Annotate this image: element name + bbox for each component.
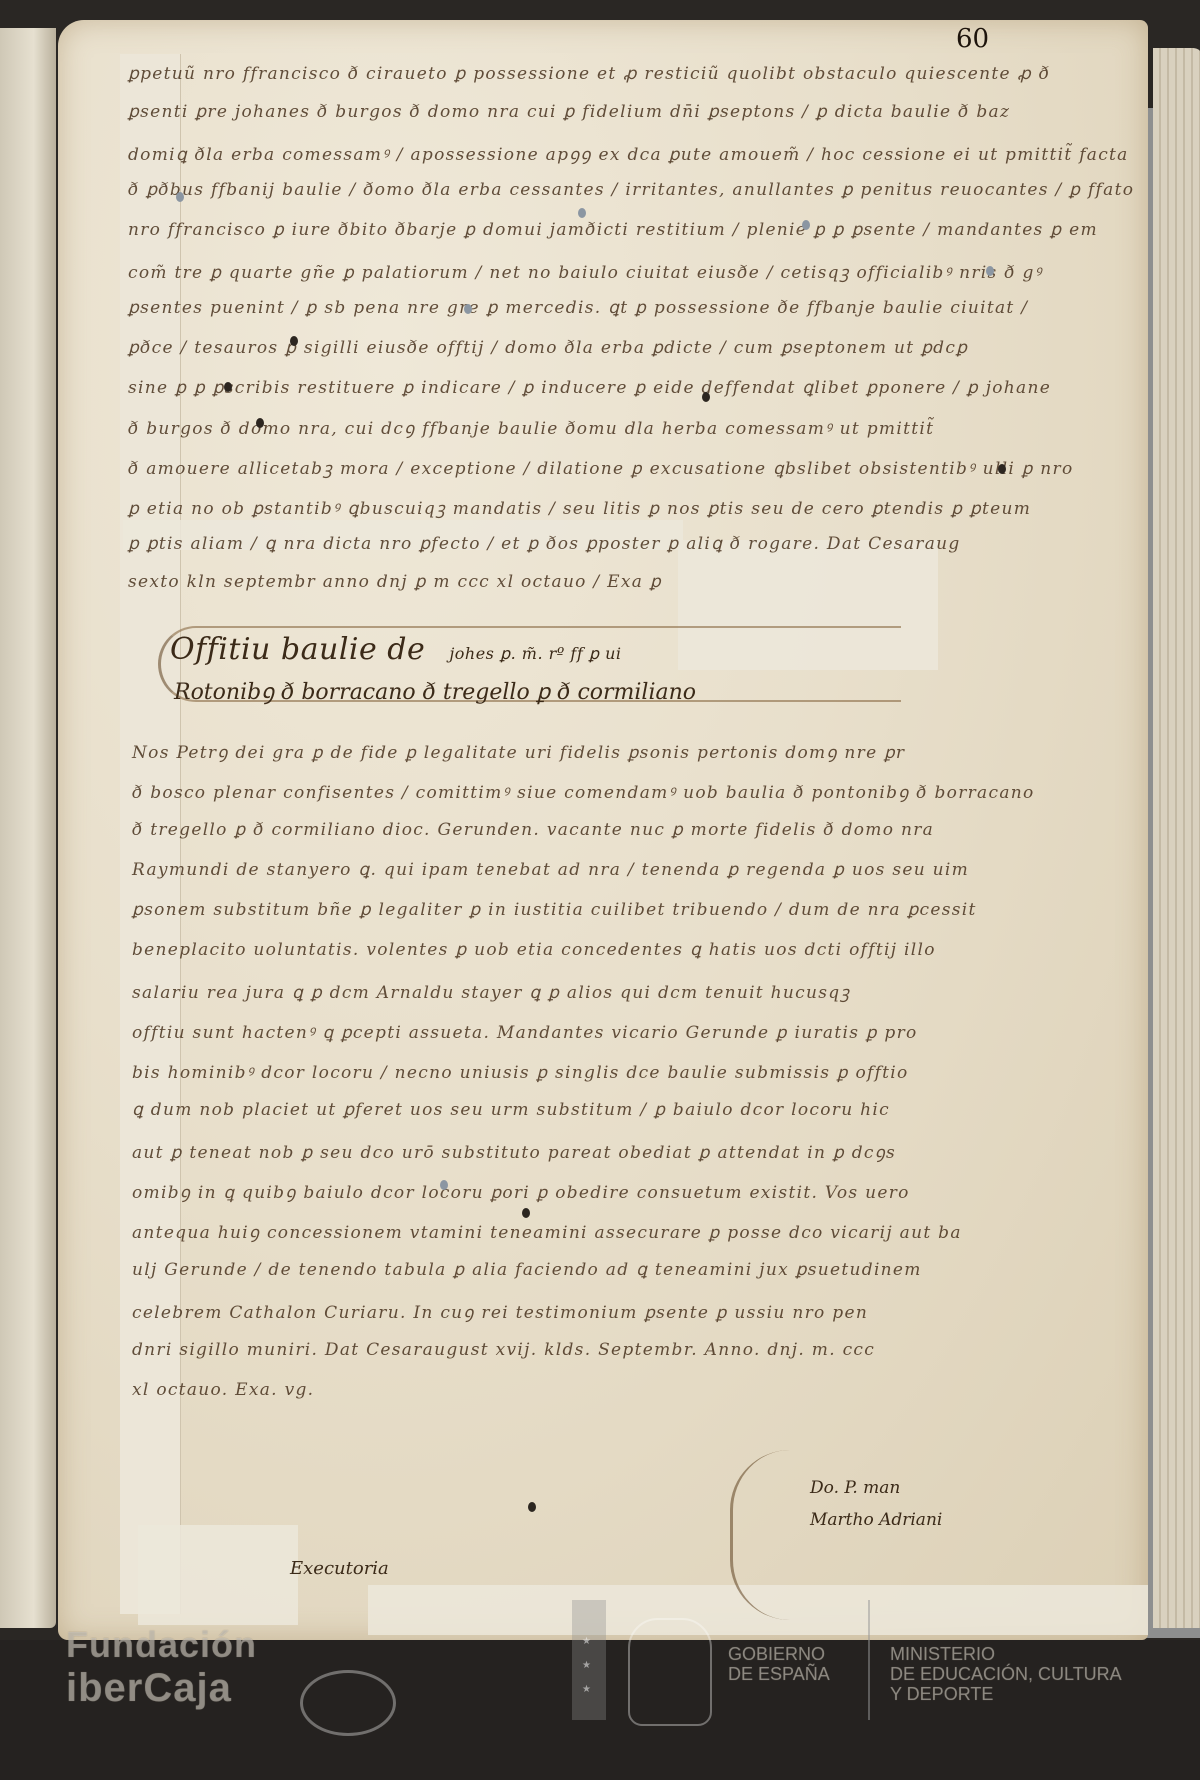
adjacent-page-edge	[0, 28, 56, 1628]
text-line: ð tregello ꝑ ð cormiliano dioc. Gerunden…	[132, 820, 934, 840]
text-line: com̃ tre ꝑ quarte gñe ꝑ palatiorum / net…	[128, 260, 1042, 283]
ministerio-text: MINISTERIO DE EDUCACIÓN, CULTURA Y DEPOR…	[890, 1644, 1122, 1704]
watermark-logos: Fundación iberCaja ★ ★ ★ GOBIERNO DE ESP…	[0, 1600, 1200, 1710]
text-line: bis hominibꝰ dcor locoru / necno uniusis…	[132, 1060, 909, 1083]
text-line: ꝗ dum nob placiet ut ꝑferet uos seu urm …	[132, 1100, 890, 1120]
text-line: beneplacito uoluntatis. volentes ꝑ uob e…	[132, 940, 936, 960]
text-line: domiꝗ ðla erba comessamꝰ / apossessione …	[128, 142, 1129, 165]
fundacion-logo-text: Fundación	[66, 1624, 257, 1666]
text-line: ð bosco plenar confisentes / comittimꝰ s…	[132, 780, 1035, 803]
gobierno-text: GOBIERNO DE ESPAÑA	[728, 1644, 830, 1684]
signature-line: Do. P. man	[810, 1472, 942, 1504]
spain-coat-of-arms-icon	[628, 1618, 712, 1726]
text-line: ð amouere allicetabꝫ mora / exceptione /…	[128, 456, 1074, 479]
text-line: ꝑpetuũ nro ffrancisco ð ciraueto ꝑ posse…	[128, 64, 1050, 84]
text-line: omibꝯ in ꝗ quibꝯ baiulo dcor locoru ꝑori…	[132, 1180, 910, 1203]
ibercaja-logo-text: iberCaja	[66, 1666, 232, 1711]
text-line: ð burgos ð domo nra, cui dcꝯ ffbanje bau…	[128, 416, 934, 439]
worm-hole	[578, 208, 586, 218]
ministerio-line: DE EDUCACIÓN, CULTURA	[890, 1664, 1122, 1684]
text-line: xl octauo. Exa. vg.	[132, 1380, 314, 1400]
text-line: ꝑsenti ꝑre johanes ð burgos ð domo nra c…	[128, 102, 1010, 122]
worm-hole	[176, 192, 184, 202]
text-line: ꝑ ꝑtis aliam / ꝗ nra dicta nro ꝑfecto / …	[128, 534, 961, 554]
heading-annotation: johes ꝑ. m̃. rº ff ꝑ ui	[449, 644, 621, 663]
page-stack-edge	[1153, 48, 1200, 1628]
section-subheading: Rotonibꝯ ð borracano ð tregello ꝑ ð corm…	[174, 676, 696, 706]
text-line: ꝑ etia no ob ꝑstantibꝰ ꝗbuscuiqꝫ mandati…	[128, 496, 1031, 519]
worm-hole	[802, 220, 810, 230]
text-line: Nos Petrꝯ dei gra ꝑ de fide ꝑ legalitate…	[132, 740, 905, 763]
text-line: sexto kln septembr anno dnj ꝑ m ccc xl o…	[128, 572, 662, 592]
text-line: ð ꝑðbus ffbanij baulie / ðomo ðla erba c…	[128, 180, 1134, 200]
text-line: Raymundi de stanyero ꝗ. qui ipam tenebat…	[132, 860, 969, 880]
worm-hole	[464, 304, 472, 314]
text-line: nro ffrancisco ꝑ iure ðbito ðbarje ꝑ dom…	[128, 220, 1098, 240]
text-line: ulj Gerunde / de tenendo tabula ꝑ alia f…	[132, 1260, 922, 1280]
worm-hole	[528, 1502, 536, 1512]
ibercaja-swirl-icon	[300, 1670, 396, 1736]
manuscript-folio: 60 ꝑpetuũ nro ffrancisco ð ciraueto ꝑ po…	[58, 20, 1148, 1640]
gobierno-line: GOBIERNO	[728, 1644, 830, 1664]
worm-hole	[224, 382, 232, 392]
heading-title: Offitiu baulie de	[170, 632, 425, 667]
worm-hole	[290, 336, 298, 346]
worm-hole	[986, 266, 994, 276]
star-icon: ★	[582, 1660, 591, 1671]
worm-hole	[440, 1180, 448, 1190]
text-line: antequa huiꝯ concessionem vtamini teneam…	[132, 1220, 962, 1243]
text-line: salariu rea jura ꝗ ꝑ dcm Arnaldu stayer …	[132, 980, 850, 1003]
text-line: ꝑsentes puenint / ꝑ sb pena nre gre ꝑ me…	[128, 298, 1028, 318]
worm-hole	[702, 392, 710, 402]
gobierno-line: DE ESPAÑA	[728, 1664, 830, 1684]
text-line: sine ꝑ ꝑ ꝑscribis restituere ꝑ indicare …	[128, 378, 1051, 398]
scribe-signature: Do. P. man Martho Adriani	[810, 1472, 942, 1536]
worm-hole	[522, 1208, 530, 1218]
text-line: dnri sigillo muniri. Dat Cesaraugust xvi…	[132, 1340, 875, 1360]
endorsement-executoria: Executoria	[290, 1558, 389, 1579]
folio-number: 60	[956, 24, 989, 54]
star-icon: ★	[582, 1684, 591, 1695]
text-line: offtiu sunt hactenꝰ ꝗ ꝑcepti assueta. Ma…	[132, 1020, 918, 1043]
signature-line: Martho Adriani	[810, 1504, 942, 1536]
ministerio-line: Y DEPORTE	[890, 1684, 1122, 1704]
section-heading: Offitiu baulie de johes ꝑ. m̃. rº ff ꝑ u…	[170, 632, 622, 667]
ministerio-line: MINISTERIO	[890, 1644, 1122, 1664]
logo-divider	[868, 1600, 870, 1720]
text-line: aut ꝑ teneat nob ꝑ seu dco urō substitut…	[132, 1140, 896, 1163]
text-line: ꝑðce / tesauros ꝑ sigilli eiusðe offtij …	[128, 338, 968, 358]
text-line: ꝑsonem substitum bñe ꝑ legaliter ꝑ in iu…	[132, 900, 977, 920]
worm-hole	[256, 418, 264, 428]
star-icon: ★	[582, 1636, 591, 1647]
worm-hole	[998, 464, 1006, 474]
text-line: celebrem Cathalon Curiaru. In cuꝯ rei te…	[132, 1300, 868, 1323]
